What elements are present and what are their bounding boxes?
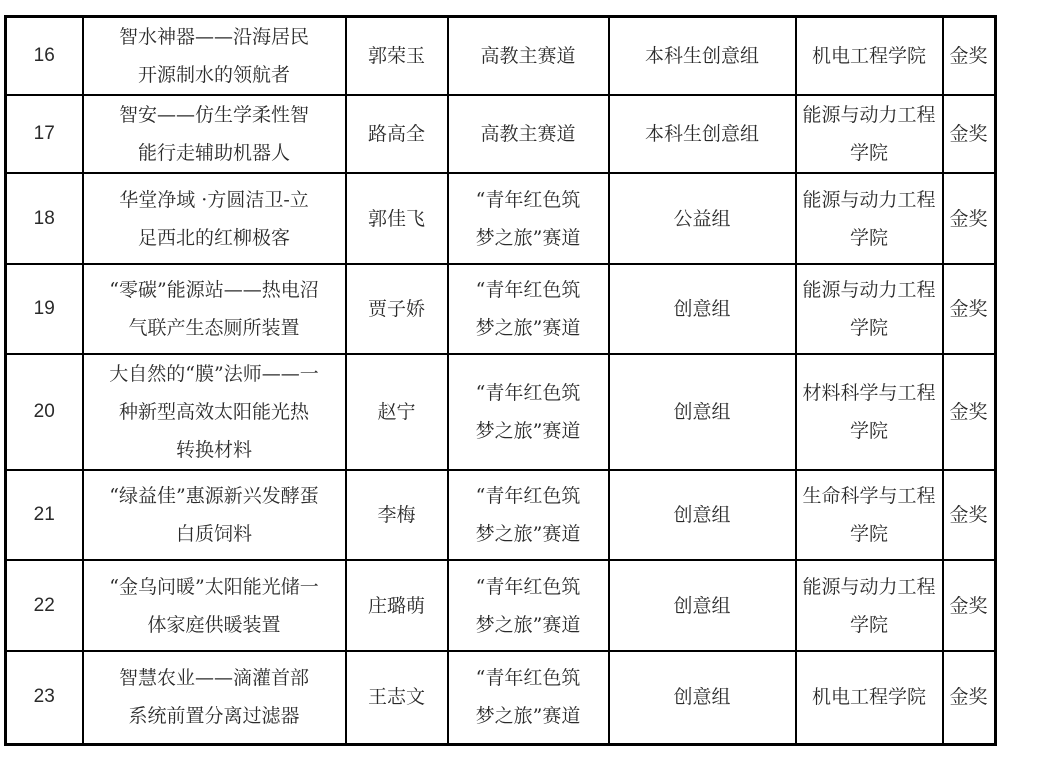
project-name-cell-line: “零碳”能源站——热电沼 — [90, 271, 339, 309]
entry-group-cell: 创意组 — [609, 560, 796, 651]
competition-track-cell-line: 梦之旅”赛道 — [455, 412, 602, 450]
row-number-cell: 20 — [6, 354, 83, 470]
project-name-cell-line: 开源制水的领航者 — [90, 56, 339, 94]
table-row: 22“金乌问暖”太阳能光储一体家庭供暖装置庄璐萌“青年红色筑梦之旅”赛道创意组能… — [6, 560, 996, 651]
team-leader-cell: 郭佳飞 — [346, 173, 448, 264]
team-leader-cell: 王志文 — [346, 651, 448, 744]
competition-track-cell-line: “青年红色筑 — [455, 181, 602, 219]
entry-group-cell: 创意组 — [609, 470, 796, 560]
project-name-cell-line: 足西北的红柳极客 — [90, 219, 339, 257]
competition-track-cell: “青年红色筑梦之旅”赛道 — [448, 354, 609, 470]
competition-track-cell-line: “青年红色筑 — [455, 477, 602, 515]
college-cell: 能源与动力工程学院 — [796, 560, 943, 651]
competition-track-cell-line: “青年红色筑 — [455, 374, 602, 412]
competition-track-cell-line: “青年红色筑 — [455, 568, 602, 606]
entry-group-cell: 本科生创意组 — [609, 17, 796, 96]
entry-group-cell: 创意组 — [609, 354, 796, 470]
award-cell: 金奖 — [943, 264, 996, 354]
team-leader-cell: 赵宁 — [346, 354, 448, 470]
competition-track-cell-line: “青年红色筑 — [455, 659, 602, 697]
award-cell: 金奖 — [943, 173, 996, 264]
project-name-cell-line: 种新型高效太阳能光热 — [90, 393, 339, 431]
competition-track-cell-line: 梦之旅”赛道 — [455, 219, 602, 257]
college-cell-line: 能源与动力工程 — [803, 96, 936, 134]
table-row: 23智慧农业——滴灌首部系统前置分离过滤器王志文“青年红色筑梦之旅”赛道创意组机… — [6, 651, 996, 744]
award-cell: 金奖 — [943, 354, 996, 470]
college-cell: 机电工程学院 — [796, 17, 943, 96]
competition-track-cell-line: 梦之旅”赛道 — [455, 309, 602, 347]
competition-track-cell: 高教主赛道 — [448, 17, 609, 96]
table-row: 16智水神器——沿海居民开源制水的领航者郭荣玉高教主赛道本科生创意组机电工程学院… — [6, 17, 996, 96]
project-name-cell: 智水神器——沿海居民开源制水的领航者 — [83, 17, 346, 96]
college-cell-line: 学院 — [803, 515, 936, 553]
project-name-cell: 大自然的“膜”法师——一种新型高效太阳能光热转换材料 — [83, 354, 346, 470]
project-name-cell-line: “金乌问暖”太阳能光储一 — [90, 568, 339, 606]
table-row: 19“零碳”能源站——热电沼气联产生态厕所装置贾子娇“青年红色筑梦之旅”赛道创意… — [6, 264, 996, 354]
entry-group-cell: 本科生创意组 — [609, 95, 796, 173]
team-leader-cell: 贾子娇 — [346, 264, 448, 354]
competition-track-cell: “青年红色筑梦之旅”赛道 — [448, 651, 609, 744]
college-cell-line: 能源与动力工程 — [803, 568, 936, 606]
award-cell: 金奖 — [943, 17, 996, 96]
project-name-cell: “零碳”能源站——热电沼气联产生态厕所装置 — [83, 264, 346, 354]
row-number-cell: 22 — [6, 560, 83, 651]
competition-track-cell: 高教主赛道 — [448, 95, 609, 173]
college-cell-line: 机电工程学院 — [803, 678, 936, 716]
award-cell: 金奖 — [943, 651, 996, 744]
entry-group-cell: 公益组 — [609, 173, 796, 264]
project-name-cell: 智慧农业——滴灌首部系统前置分离过滤器 — [83, 651, 346, 744]
awards-table: 16智水神器——沿海居民开源制水的领航者郭荣玉高教主赛道本科生创意组机电工程学院… — [4, 15, 997, 746]
college-cell: 能源与动力工程学院 — [796, 264, 943, 354]
row-number-cell: 16 — [6, 17, 83, 96]
college-cell-line: 材料科学与工程 — [803, 374, 936, 412]
project-name-cell-line: 系统前置分离过滤器 — [90, 697, 339, 735]
project-name-cell: 智安——仿生学柔性智能行走辅助机器人 — [83, 95, 346, 173]
college-cell-line: 生命科学与工程 — [803, 477, 936, 515]
college-cell-line: 学院 — [803, 309, 936, 347]
team-leader-cell: 庄璐萌 — [346, 560, 448, 651]
award-cell: 金奖 — [943, 560, 996, 651]
award-cell: 金奖 — [943, 470, 996, 560]
awards-table-body: 16智水神器——沿海居民开源制水的领航者郭荣玉高教主赛道本科生创意组机电工程学院… — [6, 17, 996, 745]
table-row: 17智安——仿生学柔性智能行走辅助机器人路高全高教主赛道本科生创意组能源与动力工… — [6, 95, 996, 173]
project-name-cell-line: 华堂净域 ·方圆洁卫-立 — [90, 181, 339, 219]
competition-track-cell-line: 梦之旅”赛道 — [455, 697, 602, 735]
college-cell-line: 能源与动力工程 — [803, 181, 936, 219]
project-name-cell-line: 大自然的“膜”法师——一 — [90, 355, 339, 393]
row-number-cell: 18 — [6, 173, 83, 264]
competition-track-cell: “青年红色筑梦之旅”赛道 — [448, 264, 609, 354]
project-name-cell-line: 智慧农业——滴灌首部 — [90, 659, 339, 697]
project-name-cell-line: “绿益佳”惠源新兴发酵蛋 — [90, 477, 339, 515]
project-name-cell: 华堂净域 ·方圆洁卫-立足西北的红柳极客 — [83, 173, 346, 264]
college-cell-line: 学院 — [803, 606, 936, 644]
row-number-cell: 21 — [6, 470, 83, 560]
project-name-cell-line: 转换材料 — [90, 431, 339, 469]
table-row: 20大自然的“膜”法师——一种新型高效太阳能光热转换材料赵宁“青年红色筑梦之旅”… — [6, 354, 996, 470]
competition-track-cell: “青年红色筑梦之旅”赛道 — [448, 560, 609, 651]
row-number-cell: 23 — [6, 651, 83, 744]
project-name-cell-line: 能行走辅助机器人 — [90, 134, 339, 172]
table-row: 21“绿益佳”惠源新兴发酵蛋白质饲料李梅“青年红色筑梦之旅”赛道创意组生命科学与… — [6, 470, 996, 560]
project-name-cell-line: 白质饲料 — [90, 515, 339, 553]
college-cell-line: 机电工程学院 — [803, 37, 936, 75]
row-number-cell: 19 — [6, 264, 83, 354]
entry-group-cell: 创意组 — [609, 651, 796, 744]
college-cell-line: 学院 — [803, 412, 936, 450]
project-name-cell-line: 智水神器——沿海居民 — [90, 18, 339, 56]
competition-track-cell-line: 梦之旅”赛道 — [455, 606, 602, 644]
college-cell-line: 能源与动力工程 — [803, 271, 936, 309]
competition-track-cell-line: 高教主赛道 — [455, 115, 602, 153]
project-name-cell: “金乌问暖”太阳能光储一体家庭供暖装置 — [83, 560, 346, 651]
project-name-cell-line: 体家庭供暖装置 — [90, 606, 339, 644]
row-number-cell: 17 — [6, 95, 83, 173]
team-leader-cell: 路高全 — [346, 95, 448, 173]
college-cell: 能源与动力工程学院 — [796, 95, 943, 173]
college-cell: 生命科学与工程学院 — [796, 470, 943, 560]
team-leader-cell: 李梅 — [346, 470, 448, 560]
college-cell: 机电工程学院 — [796, 651, 943, 744]
college-cell-line: 学院 — [803, 134, 936, 172]
award-cell: 金奖 — [943, 95, 996, 173]
project-name-cell-line: 气联产生态厕所装置 — [90, 309, 339, 347]
competition-track-cell: “青年红色筑梦之旅”赛道 — [448, 173, 609, 264]
college-cell: 材料科学与工程学院 — [796, 354, 943, 470]
college-cell-line: 学院 — [803, 219, 936, 257]
team-leader-cell: 郭荣玉 — [346, 17, 448, 96]
college-cell: 能源与动力工程学院 — [796, 173, 943, 264]
competition-track-cell-line: “青年红色筑 — [455, 271, 602, 309]
competition-track-cell: “青年红色筑梦之旅”赛道 — [448, 470, 609, 560]
table-row: 18华堂净域 ·方圆洁卫-立足西北的红柳极客郭佳飞“青年红色筑梦之旅”赛道公益组… — [6, 173, 996, 264]
competition-track-cell-line: 高教主赛道 — [455, 37, 602, 75]
project-name-cell-line: 智安——仿生学柔性智 — [90, 96, 339, 134]
entry-group-cell: 创意组 — [609, 264, 796, 354]
project-name-cell: “绿益佳”惠源新兴发酵蛋白质饲料 — [83, 470, 346, 560]
competition-track-cell-line: 梦之旅”赛道 — [455, 515, 602, 553]
